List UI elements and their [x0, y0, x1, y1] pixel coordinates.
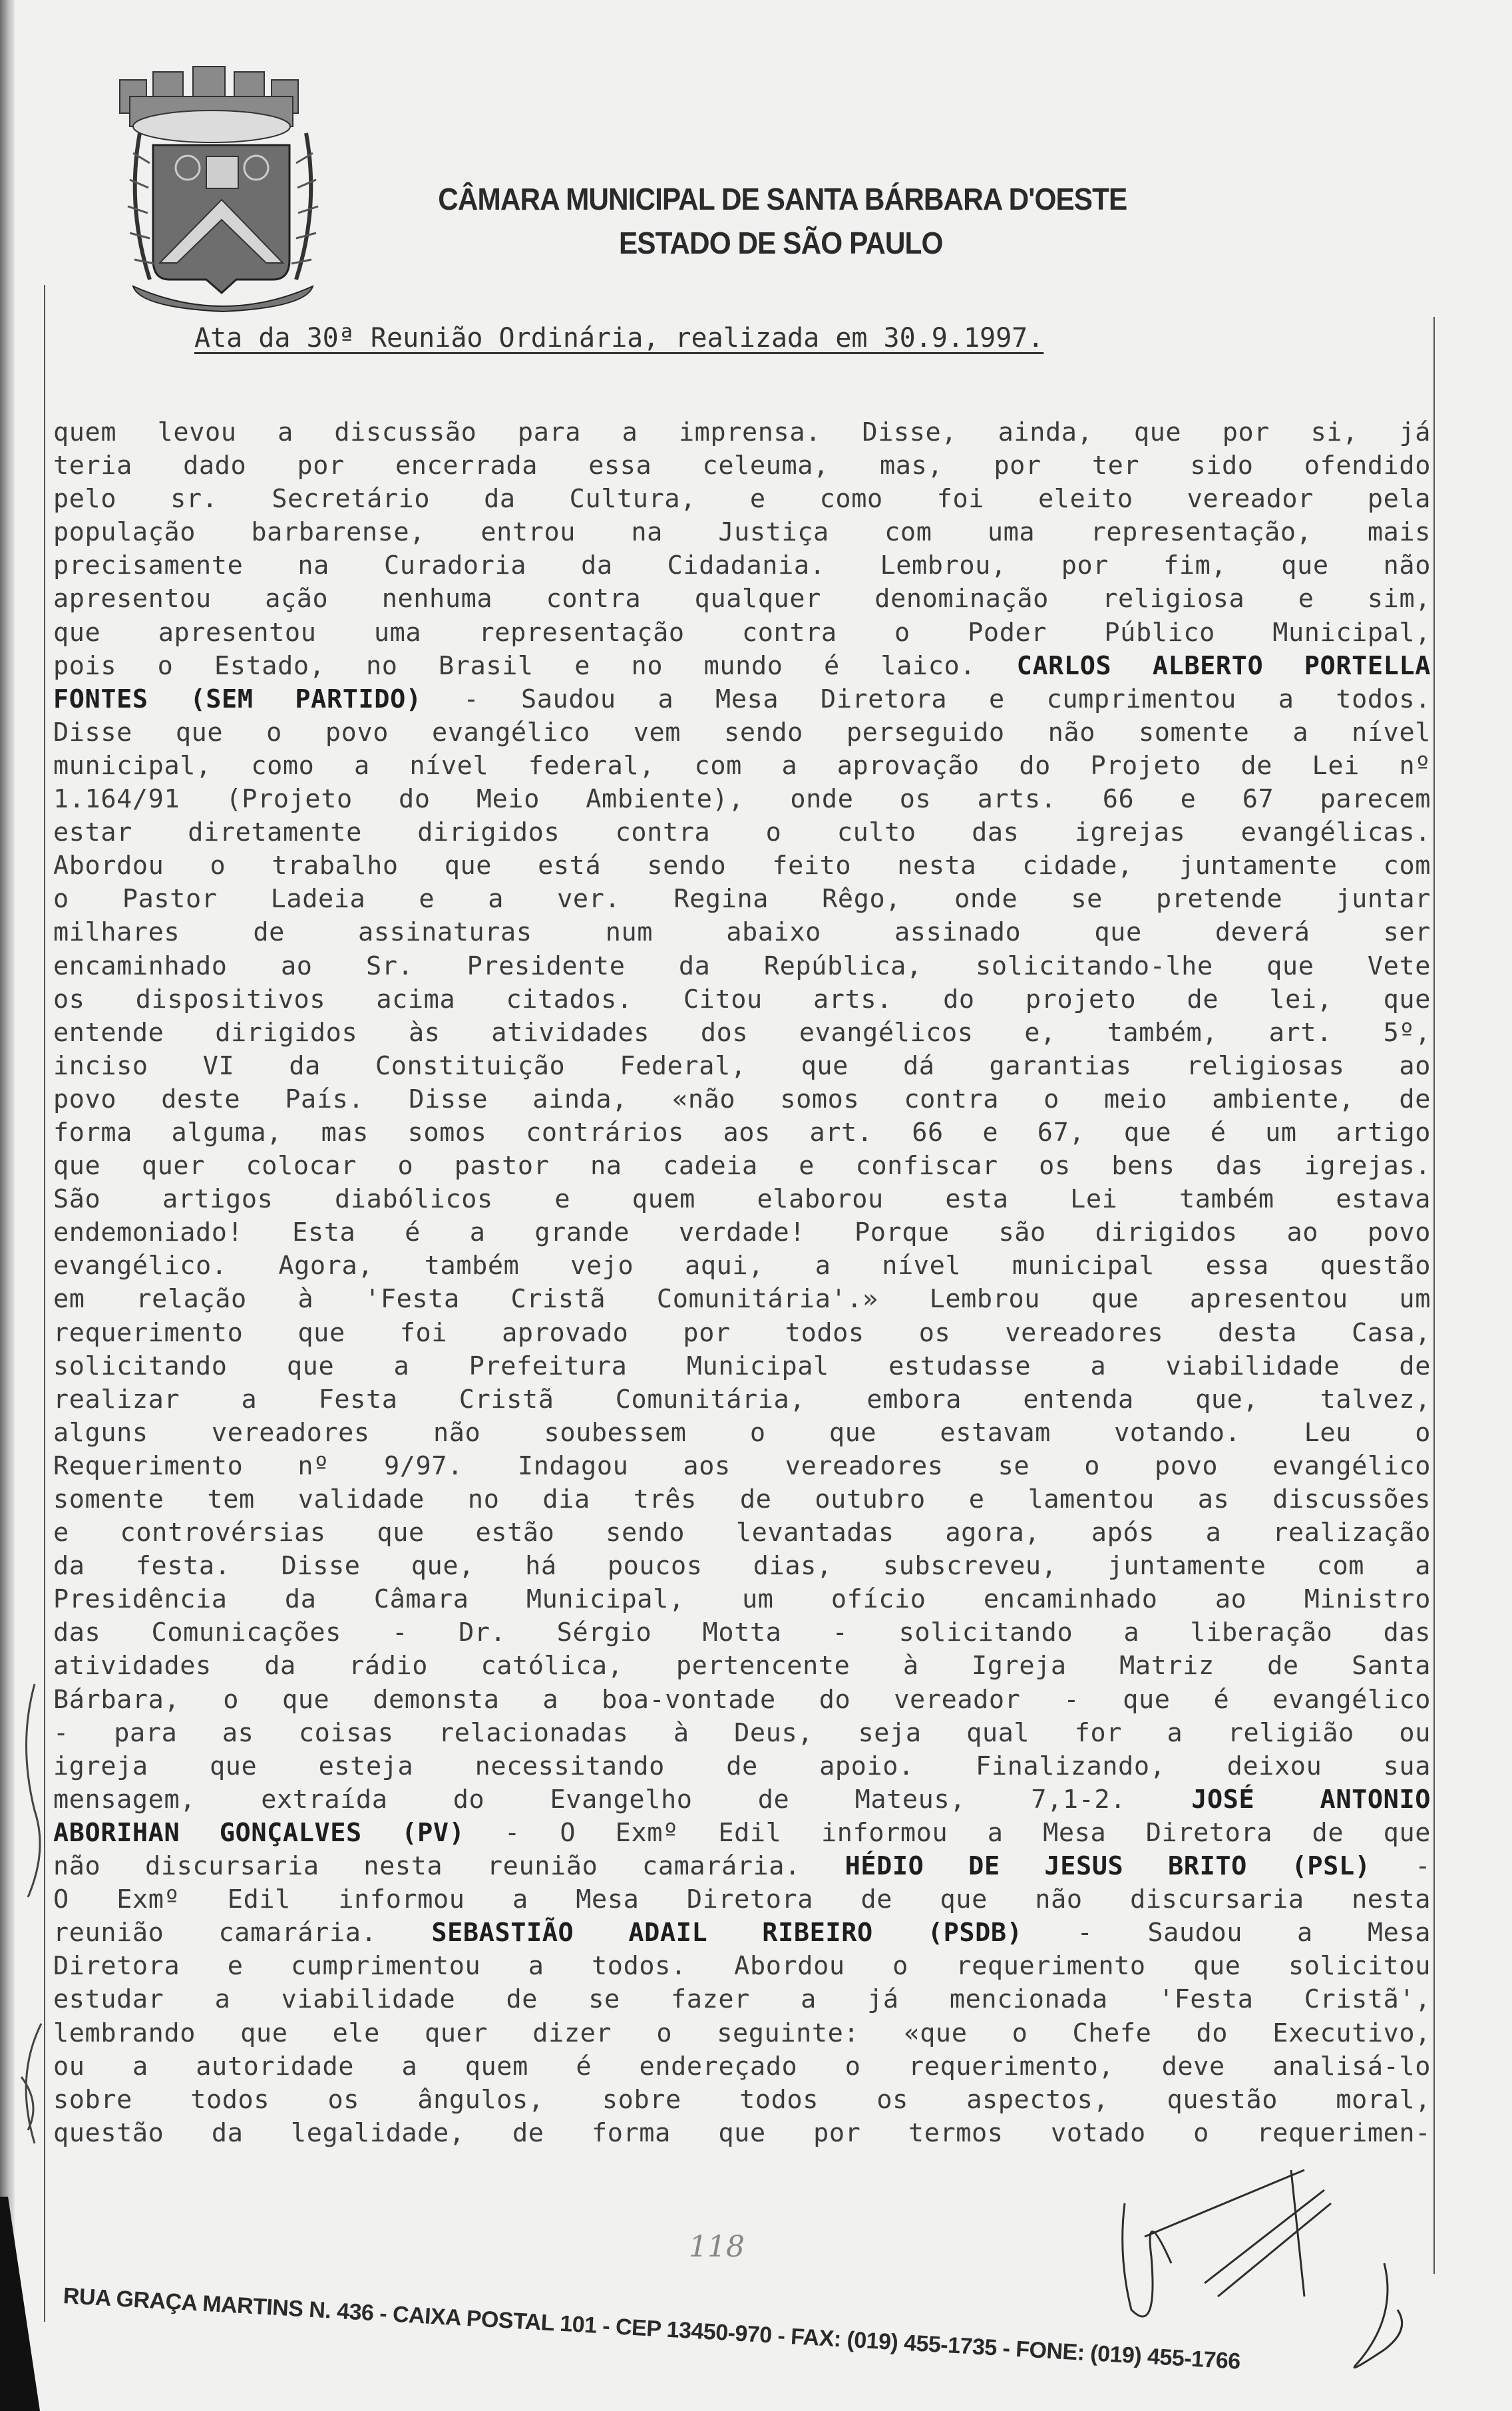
- text-segment: lembrando que ele quer dizer o seguinte:…: [53, 2018, 1431, 2048]
- text-line: - para as coisas relacionadas à Deus, se…: [53, 1717, 1431, 1750]
- text-line: das Comunicações - Dr. Sérgio Motta - so…: [53, 1616, 1431, 1649]
- text-segment: endemoniado! Esta é a grande verdade! Po…: [53, 1217, 1431, 1247]
- text-segment: os dispositivos acima citados. Citou art…: [53, 985, 1431, 1014]
- text-line: povo deste País. Disse ainda, «não somos…: [53, 1083, 1431, 1116]
- text-line: reunião camarária. SEBASTIÃO ADAIL RIBEI…: [53, 1916, 1431, 1950]
- text-segment: precisamente na Curadoria da Cidadania. …: [53, 550, 1431, 580]
- text-line: atividades da rádio católica, pertencent…: [53, 1649, 1431, 1683]
- text-segment: Diretora e cumprimentou a todos. Abordou…: [53, 1951, 1431, 1981]
- text-segment: municipal, como a nível federal, com a a…: [53, 751, 1431, 781]
- text-segment: apresentou ação nenhuma contra qualquer …: [53, 584, 1431, 614]
- text-segment: forma alguma, mas somos contrários aos a…: [53, 1118, 1431, 1148]
- text-segment: questão da legalidade, de forma que por …: [53, 2118, 1431, 2148]
- document-title: Ata da 30ª Reunião Ordinária, realizada …: [194, 323, 1043, 353]
- municipal-coat-of-arms-icon: [113, 60, 333, 313]
- handwritten-signature-icon: [1105, 2163, 1437, 2410]
- text-segment: 1.164/91 (Projeto do Meio Ambiente), ond…: [53, 784, 1431, 814]
- text-line: alguns vereadores não soubessem o que es…: [53, 1417, 1431, 1450]
- text-segment: não discursaria nesta reunião camarária.: [53, 1851, 845, 1881]
- text-line: questão da legalidade, de forma que por …: [53, 2117, 1431, 2150]
- text-segment: que apresentou uma representação contra …: [53, 618, 1431, 648]
- text-segment: que quer colocar o pastor na cadeia e co…: [53, 1151, 1431, 1181]
- text-line: pelo sr. Secretário da Cultura, e como f…: [53, 483, 1431, 516]
- text-line: endemoniado! Esta é a grande verdade! Po…: [53, 1216, 1431, 1249]
- text-segment: pois o Estado, no Brasil e no mundo é la…: [53, 651, 1017, 681]
- text-segment: teria dado por encerrada essa celeuma, m…: [53, 451, 1431, 481]
- right-margin-rule: [1433, 317, 1435, 2274]
- text-segment: somente tem validade no dia três de outu…: [53, 1484, 1431, 1514]
- text-line: da festa. Disse que, há poucos dias, sub…: [53, 1550, 1431, 1583]
- text-line: teria dado por encerrada essa celeuma, m…: [53, 449, 1431, 483]
- text-segment: quem levou a discussão para a imprensa. …: [53, 417, 1431, 447]
- institution-name: CÂMARA MUNICIPAL DE SANTA BÁRBARA D'OEST…: [406, 181, 1159, 217]
- text-line: São artigos diabólicos e quem elaborou e…: [53, 1183, 1431, 1216]
- text-line: forma alguma, mas somos contrários aos a…: [53, 1116, 1431, 1150]
- text-segment: requerimento que foi aprovado por todos …: [53, 1318, 1431, 1348]
- text-segment: encaminhado ao Sr. Presidente da Repúbli…: [53, 951, 1431, 981]
- text-segment: - Saudou a Mesa Diretora e cumprimentou …: [422, 684, 1431, 714]
- text-segment: das Comunicações - Dr. Sérgio Motta - so…: [53, 1618, 1431, 1647]
- text-segment: Bárbara, o que demonsta a boa-vontade do…: [53, 1685, 1431, 1715]
- text-line: ABORIHAN GONÇALVES (PV) - O Exmº Edil in…: [53, 1817, 1431, 1850]
- text-segment: - O Exmº Edil informou a Mesa Diretora d…: [465, 1818, 1431, 1848]
- text-line: pois o Estado, no Brasil e no mundo é la…: [53, 650, 1431, 683]
- text-segment: sobre todos os ângulos, sobre todos os a…: [53, 2085, 1431, 2115]
- text-line: população barbarense, entrou na Justiça …: [53, 516, 1431, 549]
- text-segment: Presidência da Câmara Municipal, um ofíc…: [53, 1584, 1431, 1614]
- text-line: Bárbara, o que demonsta a boa-vontade do…: [53, 1683, 1431, 1717]
- text-line: somente tem validade no dia três de outu…: [53, 1483, 1431, 1516]
- text-segment: povo deste País. Disse ainda, «não somos…: [53, 1084, 1431, 1114]
- text-line: sobre todos os ângulos, sobre todos os a…: [53, 2083, 1431, 2117]
- text-segment: população barbarense, entrou na Justiça …: [53, 517, 1431, 547]
- speaker-name: FONTES (SEM PARTIDO): [53, 684, 422, 714]
- page-number: 118: [689, 2230, 745, 2264]
- text-segment: igreja que esteja necessitando de apoio.…: [53, 1751, 1431, 1781]
- minutes-body-text: quem levou a discussão para a imprensa. …: [53, 416, 1431, 2150]
- text-line: precisamente na Curadoria da Cidadania. …: [53, 549, 1431, 582]
- text-segment: - para as coisas relacionadas à Deus, se…: [53, 1718, 1431, 1748]
- speaker-name: ABORIHAN GONÇALVES (PV): [53, 1818, 465, 1848]
- text-line: milhares de assinaturas num abaixo assin…: [53, 916, 1431, 949]
- text-line: entende dirigidos às atividades dos evan…: [53, 1016, 1431, 1050]
- text-segment: ou a autoridade a quem é endereçado o re…: [53, 2052, 1431, 2082]
- margin-rubric-icon: [15, 1677, 55, 2157]
- text-line: municipal, como a nível federal, com a a…: [53, 750, 1431, 783]
- text-line: os dispositivos acima citados. Citou art…: [53, 983, 1431, 1016]
- text-line: Abordou o trabalho que está sendo feito …: [53, 849, 1431, 883]
- text-line: em relação à 'Festa Cristã Comunitária'.…: [53, 1283, 1431, 1316]
- speaker-name: CARLOS ALBERTO PORTELLA: [1017, 651, 1431, 681]
- text-line: mensagem, extraída do Evangelho de Mateu…: [53, 1783, 1431, 1817]
- footer-address: RUA GRAÇA MARTINS N. 436 - CAIXA POSTAL …: [63, 2283, 1241, 2375]
- speaker-name: JOSÉ ANTONIO: [1191, 1785, 1431, 1815]
- text-segment: -: [1371, 1851, 1431, 1881]
- text-line: lembrando que ele quer dizer o seguinte:…: [53, 2017, 1431, 2050]
- text-line: solicitando que a Prefeitura Municipal e…: [53, 1350, 1431, 1383]
- text-segment: alguns vereadores não soubessem o que es…: [53, 1418, 1431, 1448]
- text-line: evangélico. Agora, também vejo aqui, a n…: [53, 1249, 1431, 1283]
- text-segment: realizar a Festa Cristã Comunitária, emb…: [53, 1385, 1431, 1415]
- text-line: estudar a viabilidade de se fazer a já m…: [53, 1983, 1431, 2016]
- text-line: Disse que o povo evangélico vem sendo pe…: [53, 716, 1431, 750]
- text-segment: evangélico. Agora, também vejo aqui, a n…: [53, 1251, 1431, 1281]
- scan-page-edge: [0, 0, 15, 2411]
- speaker-name: SEBASTIÃO ADAIL RIBEIRO (PSDB): [431, 1918, 1022, 1948]
- text-line: quem levou a discussão para a imprensa. …: [53, 416, 1431, 449]
- text-segment: Requerimento nº 9/97. Indagou aos veread…: [53, 1451, 1431, 1481]
- text-segment: solicitando que a Prefeitura Municipal e…: [53, 1351, 1431, 1381]
- text-segment: em relação à 'Festa Cristã Comunitária'.…: [53, 1284, 1431, 1314]
- text-segment: o Pastor Ladeia e a ver. Regina Rêgo, on…: [53, 884, 1431, 914]
- text-line: requerimento que foi aprovado por todos …: [53, 1317, 1431, 1350]
- scan-corner-shadow: [0, 2197, 40, 2411]
- text-segment: O Exmº Edil informou a Mesa Diretora de …: [53, 1884, 1431, 1914]
- text-line: realizar a Festa Cristã Comunitária, emb…: [53, 1383, 1431, 1417]
- text-line: e controvérsias que estão sendo levantad…: [53, 1516, 1431, 1550]
- text-segment: inciso VI da Constituição Federal, que d…: [53, 1051, 1431, 1081]
- speaker-name: HÉDIO DE JESUS BRITO (PSL): [845, 1851, 1371, 1881]
- text-segment: mensagem, extraída do Evangelho de Mateu…: [53, 1785, 1191, 1815]
- text-line: Diretora e cumprimentou a todos. Abordou…: [53, 1950, 1431, 1983]
- text-line: que apresentou uma representação contra …: [53, 616, 1431, 650]
- text-line: igreja que esteja necessitando de apoio.…: [53, 1750, 1431, 1783]
- text-line: estar diretamente dirigidos contra o cul…: [53, 816, 1431, 849]
- text-line: o Pastor Ladeia e a ver. Regina Rêgo, on…: [53, 883, 1431, 916]
- text-line: que quer colocar o pastor na cadeia e co…: [53, 1150, 1431, 1183]
- text-line: inciso VI da Constituição Federal, que d…: [53, 1050, 1431, 1083]
- text-line: 1.164/91 (Projeto do Meio Ambiente), ond…: [53, 783, 1431, 816]
- text-segment: São artigos diabólicos e quem elaborou e…: [53, 1184, 1431, 1214]
- text-segment: entende dirigidos às atividades dos evan…: [53, 1018, 1431, 1048]
- text-segment: reunião camarária.: [53, 1918, 431, 1948]
- text-segment: da festa. Disse que, há poucos dias, sub…: [53, 1551, 1431, 1581]
- text-segment: estudar a viabilidade de se fazer a já m…: [53, 1984, 1431, 2014]
- text-line: Presidência da Câmara Municipal, um ofíc…: [53, 1583, 1431, 1616]
- text-segment: estar diretamente dirigidos contra o cul…: [53, 817, 1431, 847]
- text-segment: - Saudou a Mesa: [1022, 1918, 1431, 1948]
- text-segment: Abordou o trabalho que está sendo feito …: [53, 851, 1431, 881]
- text-line: FONTES (SEM PARTIDO) - Saudou a Mesa Dir…: [53, 683, 1431, 716]
- text-segment: atividades da rádio católica, pertencent…: [53, 1651, 1431, 1681]
- text-line: Requerimento nº 9/97. Indagou aos veread…: [53, 1450, 1431, 1483]
- text-segment: Disse que o povo evangélico vem sendo pe…: [53, 718, 1431, 748]
- text-line: ou a autoridade a quem é endereçado o re…: [53, 2050, 1431, 2083]
- text-line: não discursaria nesta reunião camarária.…: [53, 1850, 1431, 1883]
- text-line: O Exmº Edil informou a Mesa Diretora de …: [53, 1883, 1431, 1916]
- state-name: ESTADO DE SÃO PAULO: [619, 225, 942, 261]
- text-line: encaminhado ao Sr. Presidente da Repúbli…: [53, 950, 1431, 983]
- text-line: apresentou ação nenhuma contra qualquer …: [53, 582, 1431, 616]
- text-segment: pelo sr. Secretário da Cultura, e como f…: [53, 484, 1431, 514]
- text-segment: e controvérsias que estão sendo levantad…: [53, 1518, 1431, 1548]
- text-segment: milhares de assinaturas num abaixo assin…: [53, 917, 1431, 947]
